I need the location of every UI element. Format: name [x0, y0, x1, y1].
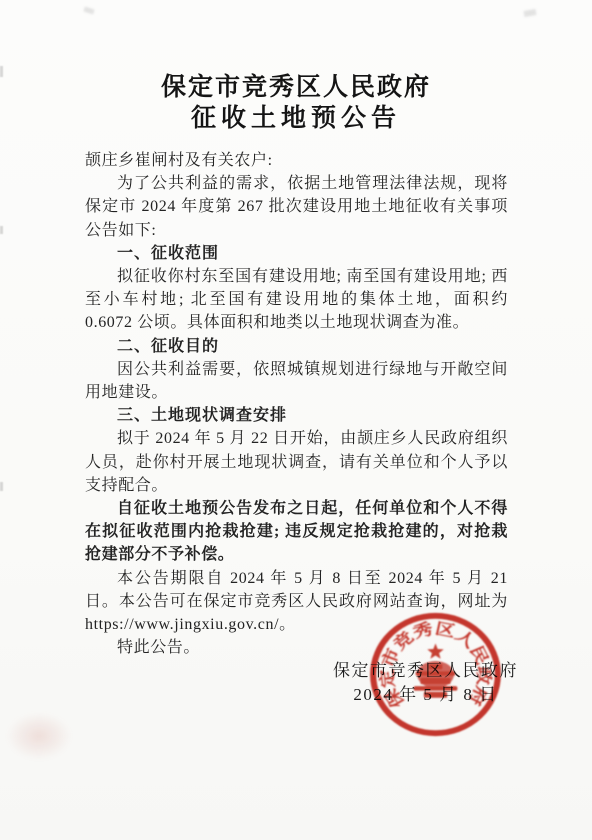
scan-edge-mark: [0, 226, 3, 234]
paragraph: 为了公共利益的需求，依据土地管理法律法规，现将保定市 2024 年度第 267 …: [85, 172, 508, 242]
scan-edge-mark: [0, 66, 3, 77]
announcement-page: 保定市竞秀区人民政府 征收土地预公告 颉庄乡崔闸村及有关农户: 为了公共利益的需…: [0, 0, 592, 840]
paragraph: 因公共利益需要，依照城镇规划进行绿地与开敞空间用地建设。: [85, 358, 508, 404]
official-seal: 保定市竞秀区人民政府: [367, 610, 504, 739]
document-body: 颉庄乡崔闸村及有关农户: 为了公共利益的需求，依据土地管理法律法规，现将保定市 …: [85, 149, 508, 659]
document-title: 保定市竞秀区人民政府 征收土地预公告: [0, 0, 592, 134]
section-heading-3: 三、土地现状调查安排: [85, 404, 508, 427]
scan-smudge: [6, 712, 72, 760]
title-line-1: 保定市竞秀区人民政府: [0, 72, 592, 103]
paragraph: 拟征收你村东至国有建设用地; 南至国有建设用地; 西至小车村地; 北至国有建设用…: [85, 265, 508, 335]
title-line-2: 征收土地预公告: [0, 103, 592, 134]
section-heading-2: 二、征收目的: [85, 335, 508, 358]
section-heading-1: 一、征收范围: [85, 242, 508, 265]
national-emblem-icon: [414, 644, 458, 698]
paragraph: 拟于 2024 年 5 月 22 日开始，由颉庄乡人民政府组织人员，赴你村开展土…: [85, 427, 508, 497]
paragraph-warning: 自征收土地预公告发布之日起，任何单位和个人不得在拟征收范围内抢栽抢建; 违反规定…: [85, 497, 508, 567]
salutation: 颉庄乡崔闸村及有关农户:: [85, 149, 508, 172]
scan-edge-mark: [0, 482, 3, 491]
